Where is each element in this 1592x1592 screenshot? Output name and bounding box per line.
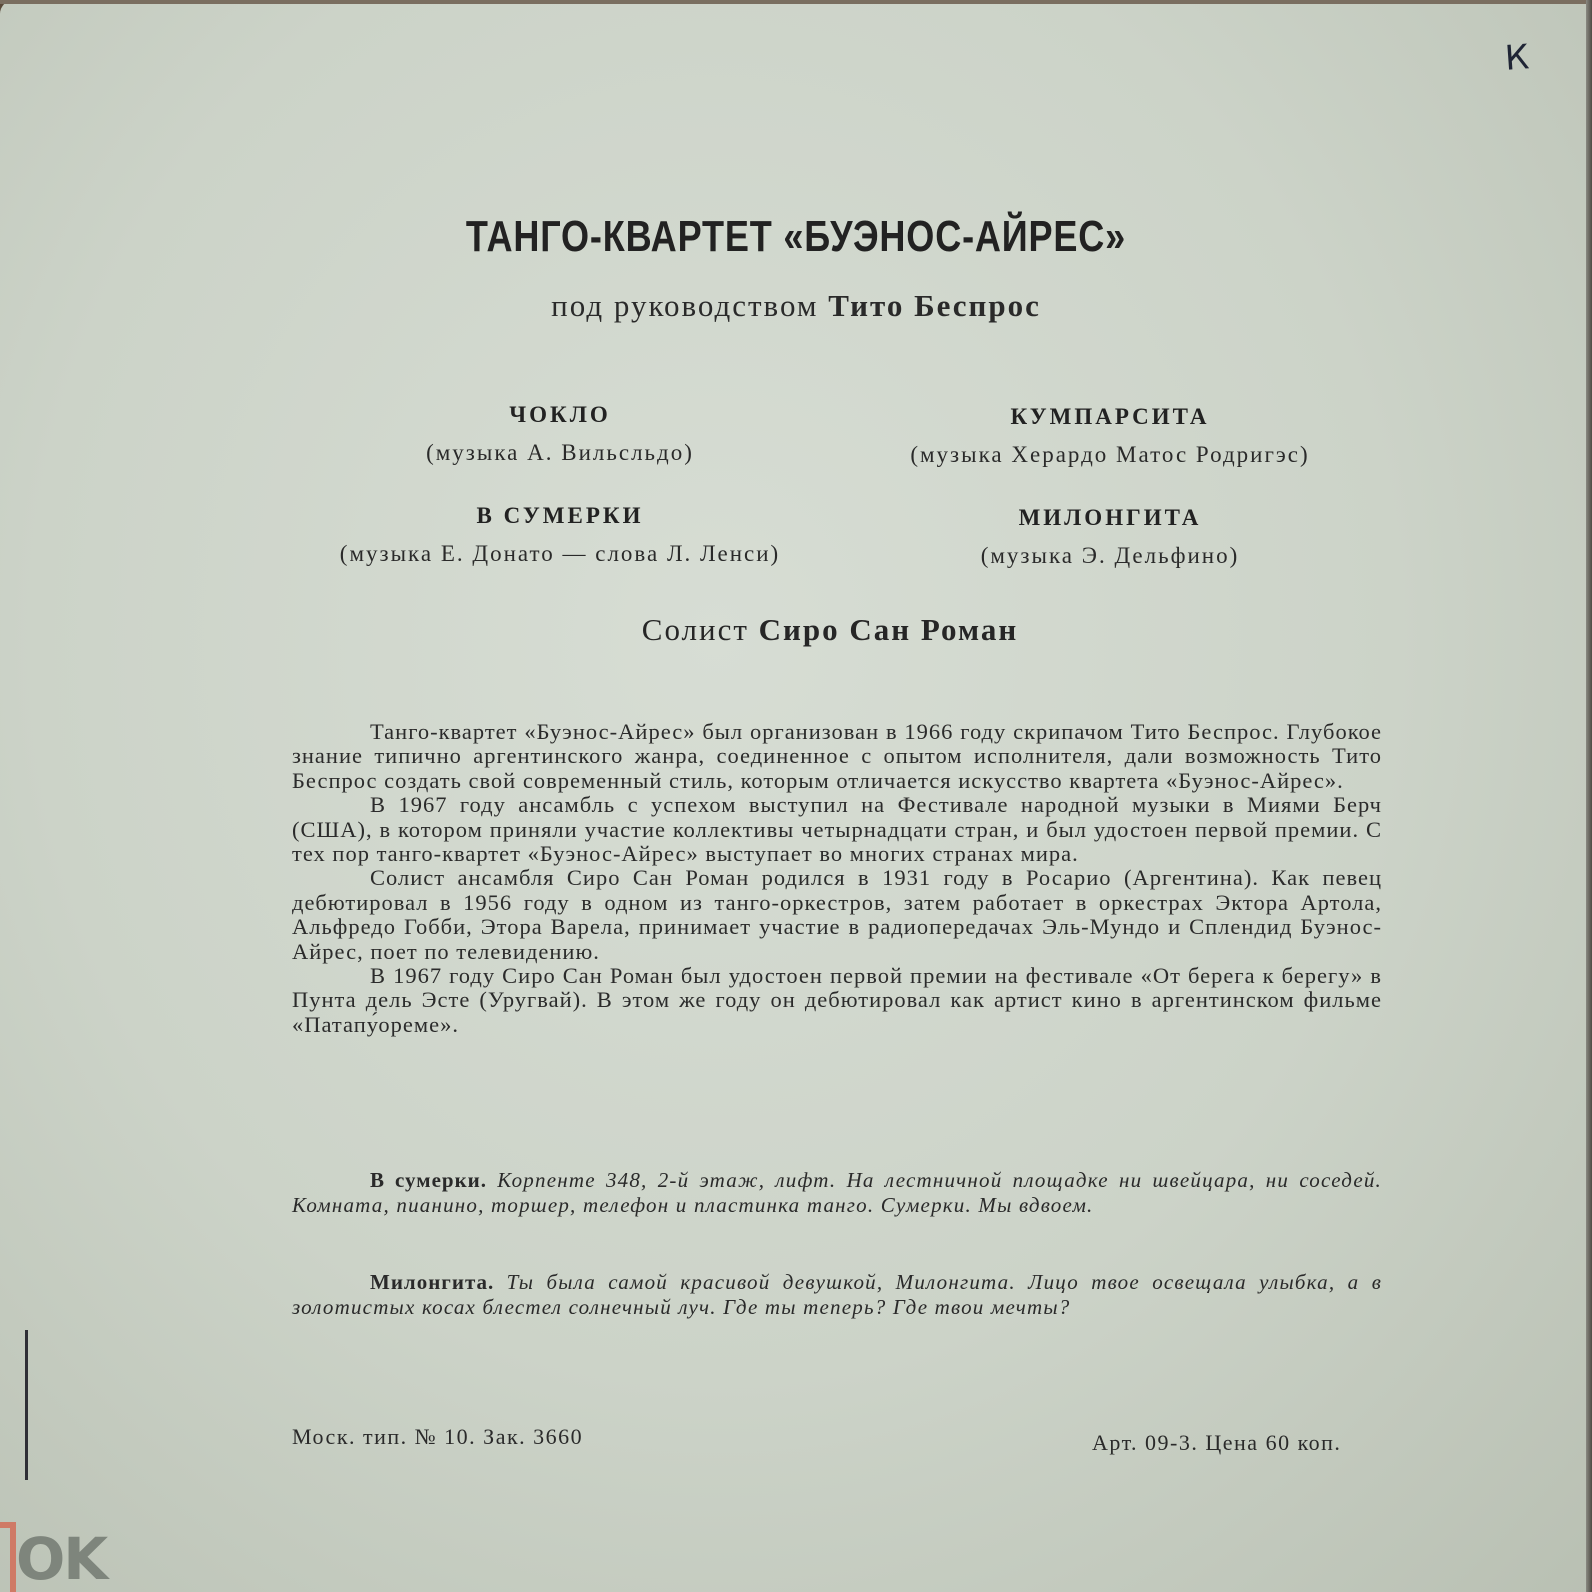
track-1: ЧОКЛО (музыка А. Вильсльдо) bbox=[310, 402, 810, 466]
soloist-line: Солист Сиро Сан Роман bbox=[0, 612, 1592, 648]
handwritten-mark: К bbox=[1504, 37, 1531, 79]
subtitle-prefix: под руководством bbox=[551, 288, 818, 323]
track-2: КУМПАРСИТА (музыка Херардо Матос Родригэ… bbox=[860, 404, 1360, 468]
track-4: МИЛОНГИТА (музыка Э. Дельфино) bbox=[860, 505, 1360, 569]
track-title: КУМПАРСИТА bbox=[860, 404, 1360, 430]
lyrics-summary-1: В сумерки. Корпенте 348, 2-й этаж, лифт.… bbox=[292, 1168, 1382, 1218]
soloist-prefix: Солист bbox=[642, 612, 749, 647]
biography-paragraph: В 1967 году Сиро Сан Роман был удостоен … bbox=[292, 964, 1382, 1037]
sleeve-right-edge bbox=[1586, 0, 1592, 1592]
watermark-logo-icon bbox=[0, 1522, 16, 1592]
price-info: Арт. 09-3. Цена 60 коп. bbox=[1092, 1430, 1341, 1456]
pen-mark bbox=[25, 1330, 28, 1480]
page-subtitle: под руководством Тито Беспрос bbox=[0, 288, 1592, 324]
lyrics-summary-2: Милонгита. Ты была самой красивой девушк… bbox=[292, 1270, 1382, 1320]
track-credit: (музыка Херардо Матос Родригэс) bbox=[860, 442, 1360, 468]
track-title: ЧОКЛО bbox=[310, 402, 810, 428]
watermark: OK bbox=[16, 1525, 106, 1592]
page-title: ТАНГО-КВАРТЕТ «БУЭНОС-АЙРЕС» bbox=[143, 212, 1448, 262]
sleeve-top-edge bbox=[0, 0, 1592, 4]
track-title: В СУМЕРКИ bbox=[310, 503, 810, 529]
track-title: МИЛОНГИТА bbox=[860, 505, 1360, 531]
biography-text: Танго-квартет «Буэнос-Айрес» был организ… bbox=[292, 720, 1382, 1037]
printer-info: Моск. тип. № 10. Зак. 3660 bbox=[292, 1424, 583, 1450]
track-credit: (музыка Э. Дельфино) bbox=[860, 543, 1360, 569]
subtitle-leader: Тито Беспрос bbox=[828, 288, 1041, 323]
lyrics-lead: Милонгита. bbox=[370, 1270, 494, 1294]
track-credit: (музыка Е. Донато — слова Л. Ленси) bbox=[310, 541, 810, 567]
soloist-name: Сиро Сан Роман bbox=[759, 612, 1019, 647]
biography-paragraph: Солист ансамбля Сиро Сан Роман родился в… bbox=[292, 866, 1382, 964]
track-3: В СУМЕРКИ (музыка Е. Донато — слова Л. Л… bbox=[310, 503, 810, 567]
track-credit: (музыка А. Вильсльдо) bbox=[310, 440, 810, 466]
record-sleeve-back: К ТАНГО-КВАРТЕТ «БУЭНОС-АЙРЕС» под руков… bbox=[0, 0, 1592, 1592]
biography-paragraph: Танго-квартет «Буэнос-Айрес» был организ… bbox=[292, 720, 1382, 793]
lyrics-lead: В сумерки. bbox=[370, 1168, 487, 1192]
biography-paragraph: В 1967 году ансамбль с успехом выступил … bbox=[292, 793, 1382, 866]
